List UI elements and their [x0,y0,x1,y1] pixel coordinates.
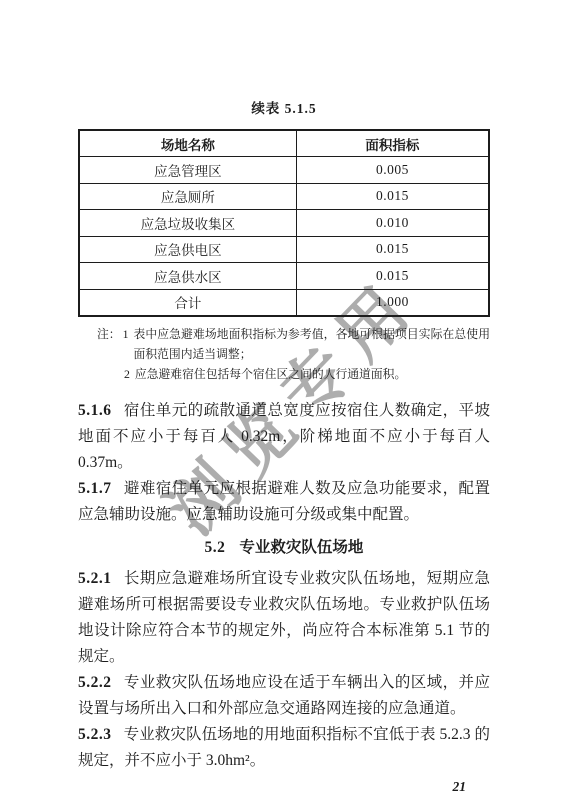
clause-5-1-6: 5.1.6宿住单元的疏散通道总宽度应按宿住人数确定，平坡地面不应小于每百人 0.… [78,398,490,476]
cell-area-index: 0.015 [296,236,489,263]
table-row: 应急供电区 0.015 [79,236,489,263]
note-prefix: 2 [97,364,135,384]
table-row-total: 合计 1.000 [79,289,489,316]
cell-site-name: 应急管理区 [79,157,296,184]
page-content: 续表 5.1.5 场地名称 面积指标 应急管理区 0.005 应急厕所 0.01… [0,0,561,795]
table-note-1: 注：1 表中应急避难场地面积指标为参考值，各地可根据项目实际在总使用面积范围内适… [97,324,490,364]
clause-text: 专业救灾队伍场地的用地面积指标不宜低于表 5.2.3 的规定，并不应小于 3.0… [78,726,490,769]
cell-site-name: 应急垃圾收集区 [79,210,296,237]
clause-number: 5.1.7 [78,480,112,497]
table-note-2: 2 应急避难宿住包括每个宿住区之间的人行通道面积。 [97,364,490,384]
cell-area-index: 0.005 [296,157,489,184]
clause-text: 避难宿住单元应根据避难人数及应急功能要求，配置应急辅助设施。应急辅助设施可分级或… [78,480,490,523]
area-index-table: 场地名称 面积指标 应急管理区 0.005 应急厕所 0.015 应急垃圾收集区… [78,129,490,317]
table-row: 应急厕所 0.015 [79,183,489,210]
cell-site-name: 应急供电区 [79,236,296,263]
clause-text: 专业救灾队伍场地应设在适于车辆出入的区域，并应设置与场所出入口和外部应急交通路网… [78,674,490,717]
clause-5-2-1: 5.2.1长期应急避难场所宜设专业救灾队伍场地，短期应急避难场所可根据需要设专业… [78,566,490,670]
body-text: 5.1.6宿住单元的疏散通道总宽度应按宿住人数确定，平坡地面不应小于每百人 0.… [78,398,490,774]
note-number: 1 [123,324,129,344]
table-notes: 注：1 表中应急避难场地面积指标为参考值，各地可根据项目实际在总使用面积范围内适… [97,324,490,384]
cell-area-index: 0.015 [296,183,489,210]
column-header-site-name: 场地名称 [79,130,296,157]
section-number: 5.2 [205,539,226,556]
table-row: 应急供水区 0.015 [79,263,489,290]
note-text: 应急避难宿住包括每个宿住区之间的人行通道面积。 [135,364,490,384]
page-number: 21 [78,779,490,795]
clause-5-2-2: 5.2.2专业救灾队伍场地应设在适于车辆出入的区域，并应设置与场所出入口和外部应… [78,670,490,722]
cell-area-index: 0.010 [296,210,489,237]
table-row: 应急垃圾收集区 0.010 [79,210,489,237]
clause-number: 5.2.1 [78,570,112,587]
table-row: 应急管理区 0.005 [79,157,489,184]
cell-site-name: 应急厕所 [79,183,296,210]
clause-number: 5.1.6 [78,402,112,419]
clause-text: 宿住单元的疏散通道总宽度应按宿住人数确定，平坡地面不应小于每百人 0.32m，阶… [78,402,490,471]
table-title: 续表 5.1.5 [78,97,490,115]
note-number: 2 [124,364,130,384]
cell-area-index: 0.015 [296,263,489,290]
notes-label: 注： [97,327,121,341]
table-header-row: 场地名称 面积指标 [79,130,489,157]
clause-text: 长期应急避难场所宜设专业救灾队伍场地，短期应急避难场所可根据需要设专业救灾队伍场… [78,570,490,665]
clause-5-1-7: 5.1.7避难宿住单元应根据避难人数及应急功能要求，配置应急辅助设施。应急辅助设… [78,476,490,528]
column-header-area-index: 面积指标 [296,130,489,157]
document-page: 浏览专用 续表 5.1.5 场地名称 面积指标 应急管理区 0.005 应急厕所… [0,0,561,804]
cell-total-label: 合计 [79,289,296,316]
cell-total-value: 1.000 [296,289,489,316]
section-heading-5-2: 5.2专业救灾队伍场地 [78,535,490,561]
section-title: 专业救灾队伍场地 [239,539,363,556]
clause-number: 5.2.3 [78,726,112,743]
note-text: 表中应急避难场地面积指标为参考值，各地可根据项目实际在总使用面积范围内适当调整； [134,324,490,364]
note-prefix: 注：1 [97,324,134,364]
cell-site-name: 应急供水区 [79,263,296,290]
clause-number: 5.2.2 [78,674,112,691]
clause-5-2-3: 5.2.3专业救灾队伍场地的用地面积指标不宜低于表 5.2.3 的规定，并不应小… [78,722,490,774]
